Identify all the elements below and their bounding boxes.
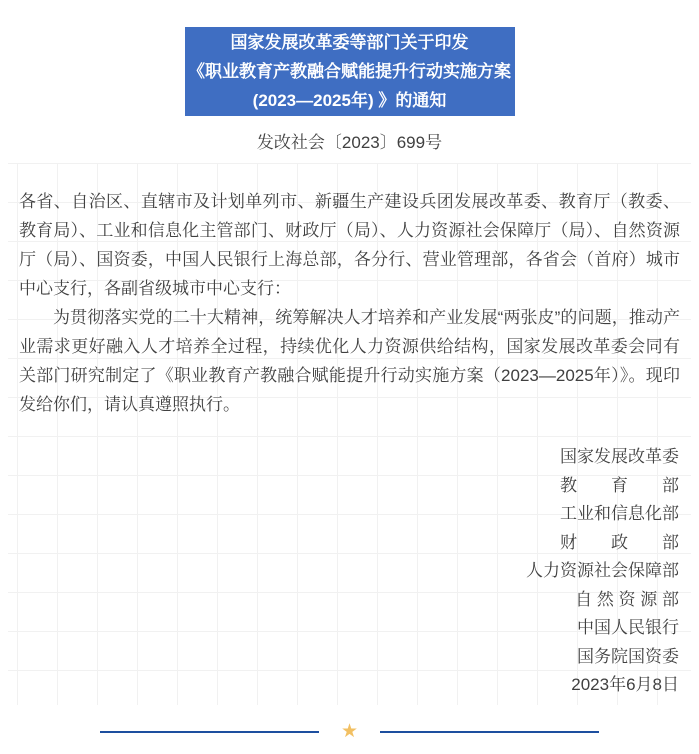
signature-line: 国务院国资委: [0, 643, 679, 672]
title-line-2: 《职业教育产教融合赋能提升行动实施方案: [185, 57, 515, 86]
title-line-3: (2023—2025年) 》的通知: [185, 86, 515, 115]
signature-line: 国家发展改革委: [0, 443, 679, 472]
footer-divider: ★: [0, 722, 699, 741]
signature-line: 教 育 部: [0, 472, 679, 501]
divider-line-right: [380, 731, 599, 733]
main-paragraph: 为贯彻落实党的二十大精神，统筹解决人才培养和产业发展“两张皮”的问题，推动产业需…: [19, 303, 680, 419]
signature-line: 自 然 资 源 部: [0, 586, 679, 615]
title-line-1: 国家发展改革委等部门关于印发: [185, 28, 515, 57]
notice-body: 各省、自治区、直辖市及计划单列市、新疆生产建设兵团发展改革委、教育厅（教委、教育…: [0, 187, 699, 419]
notice-title-banner: 国家发展改革委等部门关于印发 《职业教育产教融合赋能提升行动实施方案 (2023…: [185, 27, 515, 116]
signature-line: 中国人民银行: [0, 614, 679, 643]
signature-date: 2023年6月8日: [0, 671, 679, 700]
signature-line: 财 政 部: [0, 529, 679, 558]
star-icon: ★: [341, 722, 358, 741]
signature-line: 人力资源社会保障部: [0, 557, 679, 586]
document-number: 发改社会〔2023〕699号: [0, 131, 699, 155]
signature-block: 国家发展改革委 教 育 部 工业和信息化部 财 政 部 人力资源社会保障部 自 …: [0, 443, 699, 700]
divider-line-left: [100, 731, 319, 733]
notice-document-page: 国家发展改革委等部门关于印发 《职业教育产教融合赋能提升行动实施方案 (2023…: [0, 0, 699, 754]
signature-line: 工业和信息化部: [0, 500, 679, 529]
addressee-paragraph: 各省、自治区、直辖市及计划单列市、新疆生产建设兵团发展改革委、教育厅（教委、教育…: [19, 187, 680, 303]
